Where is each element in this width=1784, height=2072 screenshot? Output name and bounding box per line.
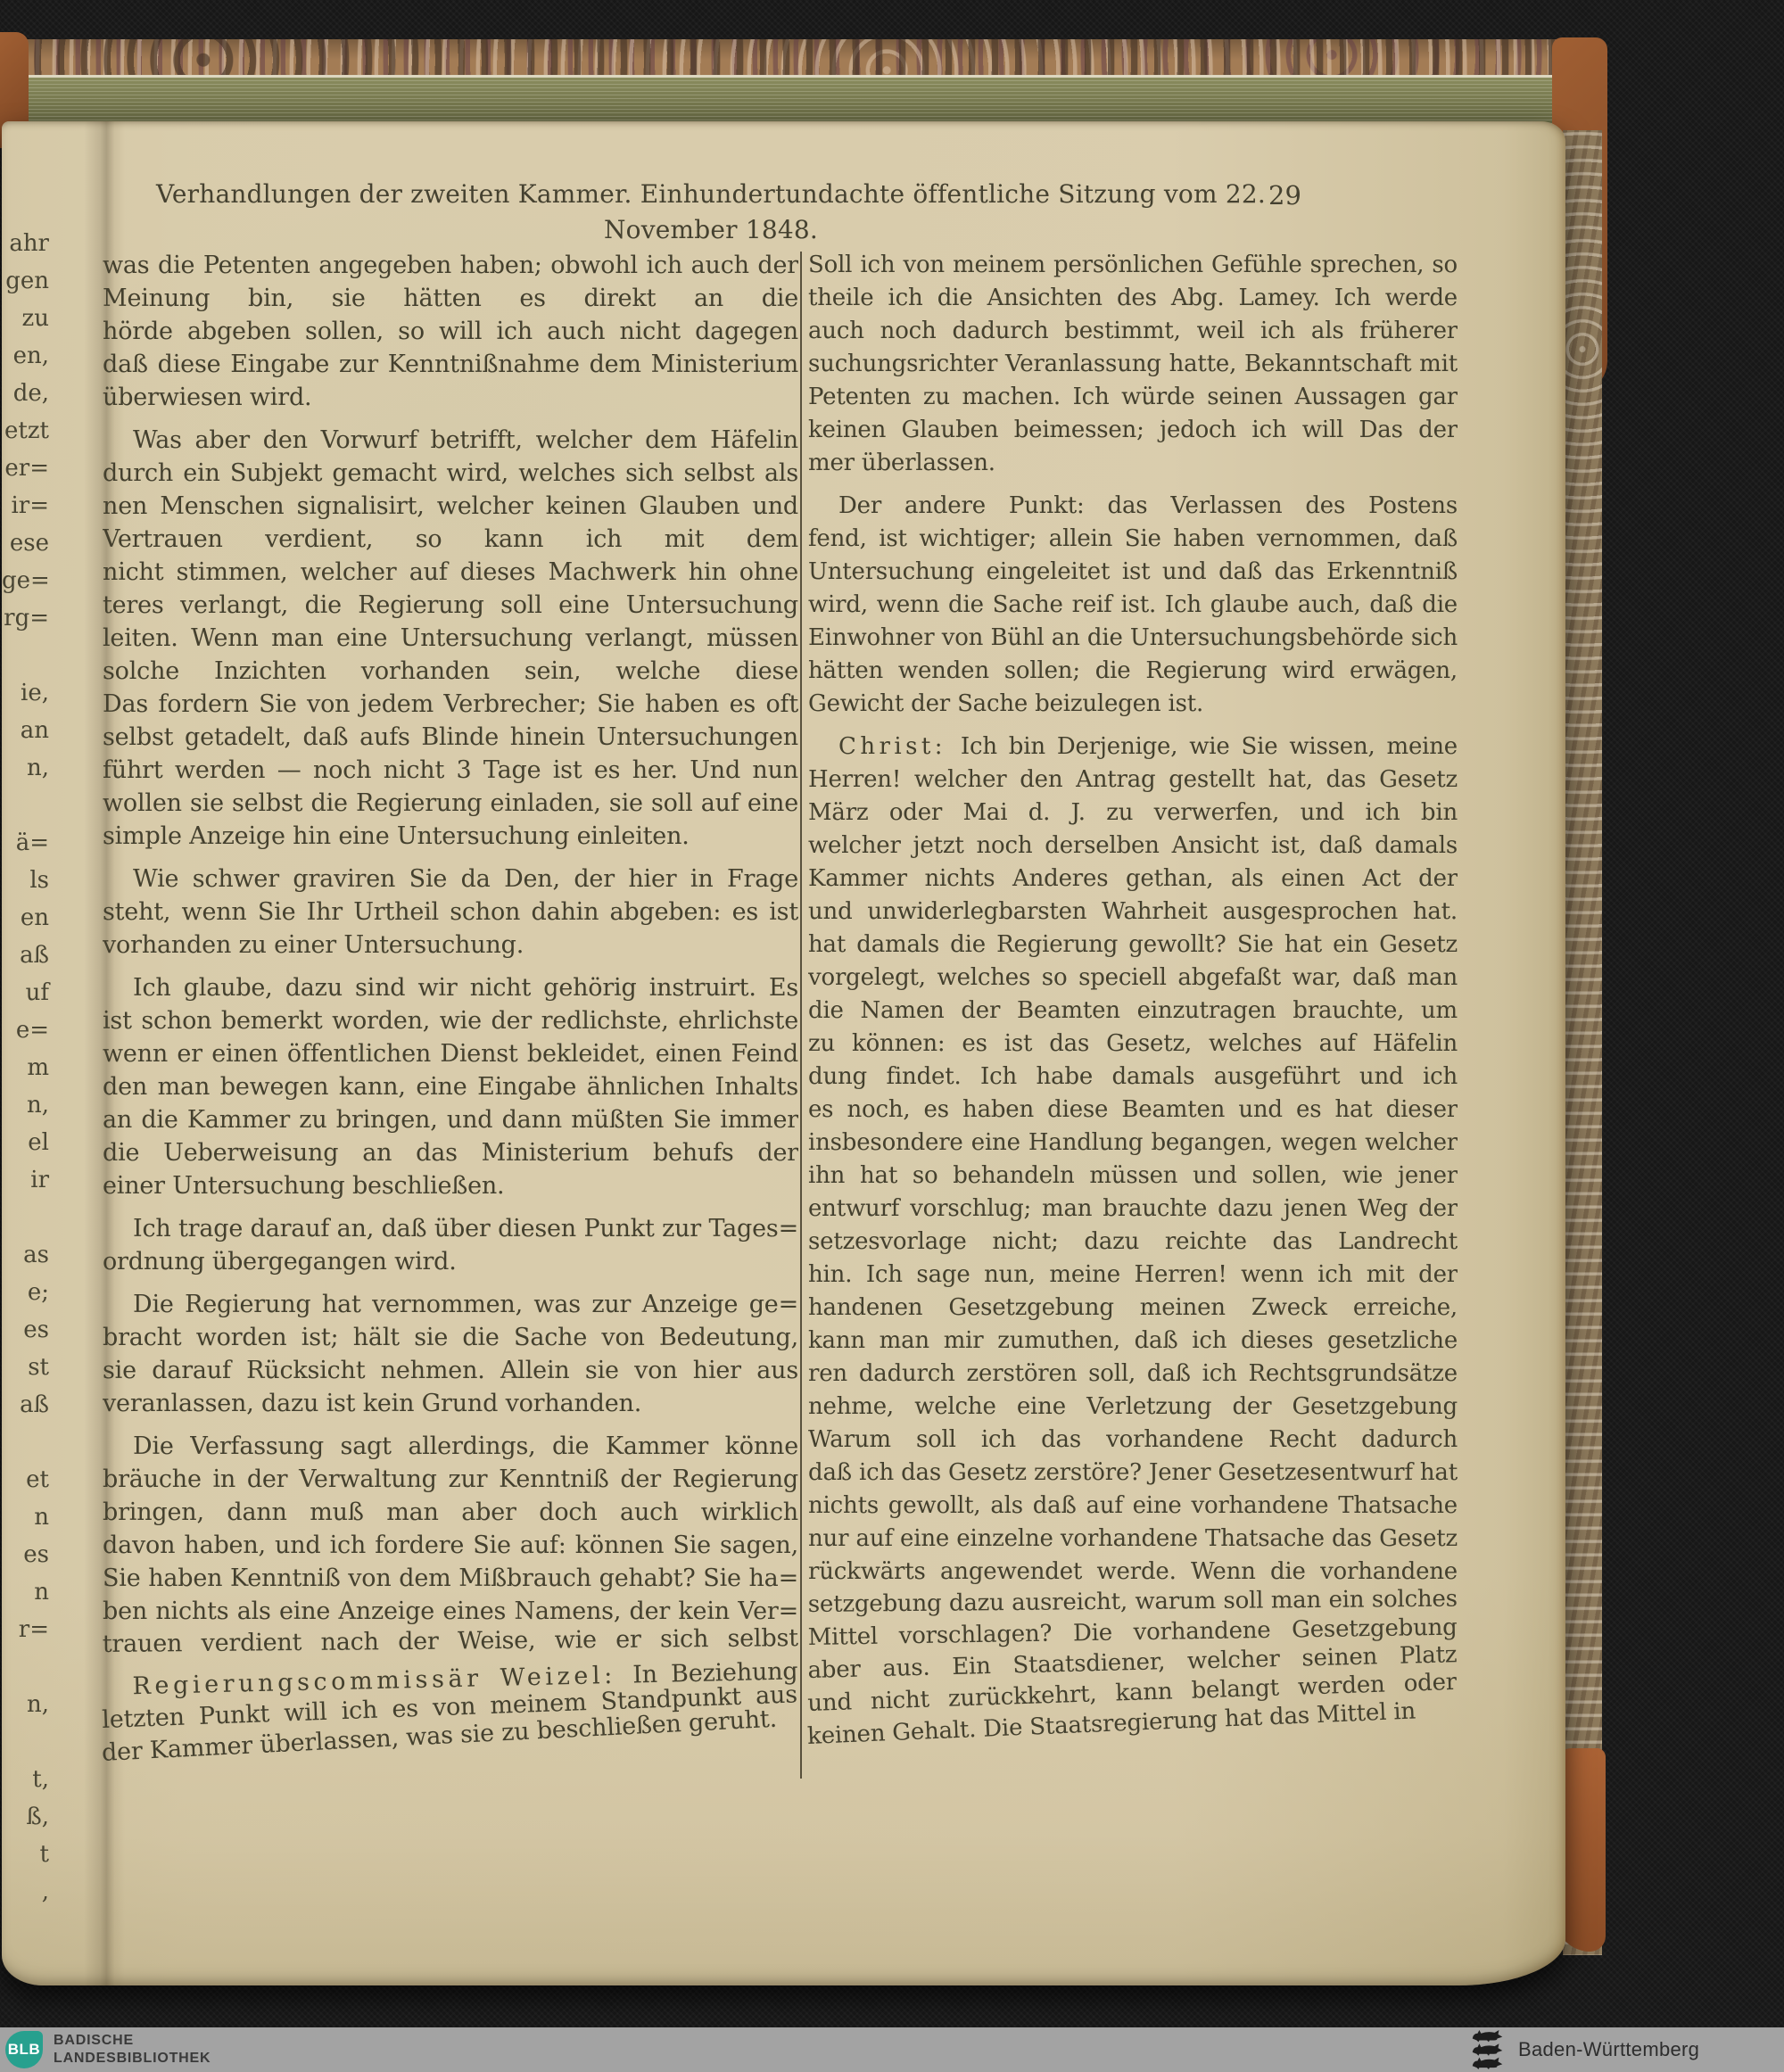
text-line: ist schon bemerkt worden, wie der redlic… xyxy=(103,1004,798,1037)
text-line: überwiesen wird. xyxy=(103,381,798,414)
facing-page-fragment: st xyxy=(2,1349,54,1386)
blb-logo-icon: BLB xyxy=(5,2031,43,2068)
text-line: Christ: Ich bin Derjenige, wie Sie wisse… xyxy=(808,731,1458,764)
text-line: ordnung übergegangen wird. xyxy=(103,1245,798,1278)
facing-page-fragment: ä= xyxy=(2,824,54,862)
text-line: keinen Glauben beimessen; jedoch ich wil… xyxy=(808,414,1458,447)
text-line: führt werden — noch nicht 3 Tage ist es … xyxy=(103,754,798,787)
text-line: an die Kammer zu bringen, und dann müßte… xyxy=(103,1103,798,1136)
text-line: davon haben, und ich fordere Sie auf: kö… xyxy=(103,1529,798,1562)
text-line: die Ueberweisung an das Ministerium behu… xyxy=(103,1136,798,1169)
text-line: Die Verfassung sagt allerdings, die Kamm… xyxy=(103,1430,798,1463)
text-line: einer Untersuchung beschließen. xyxy=(103,1169,798,1202)
text-line: Petenten zu machen. Ich würde seinen Aus… xyxy=(808,381,1458,414)
text-line: nicht stimmen, welcher auf dieses Machwe… xyxy=(103,556,798,589)
facing-page-fragment: an xyxy=(2,712,54,749)
facing-page-fragment: zu xyxy=(2,300,54,337)
facing-page-fragment: ge= xyxy=(2,562,54,599)
text-line: vorgelegt, welches so speciell abgefaßt … xyxy=(808,962,1458,995)
text-line: bräuche in der Verwaltung zur Kenntniß d… xyxy=(103,1463,798,1496)
text-column-right: Soll ich von meinem persönlichen Gefühle… xyxy=(808,249,1458,1763)
facing-page-fragment: n, xyxy=(2,1686,54,1723)
facing-page-fragment: ls xyxy=(2,862,54,899)
facing-page-fragment: e= xyxy=(2,1011,54,1049)
text-line: zu können: es ist das Gesetz, welches au… xyxy=(808,1028,1458,1061)
text-line: trauen verdient nach der Weise, wie er s… xyxy=(103,1622,798,1661)
facing-page-fragment: en, xyxy=(2,337,54,375)
text-line: dung findet. Ich habe damals ausgeführt … xyxy=(808,1061,1458,1094)
text-line: hörde abgeben sollen, so will ich auch n… xyxy=(103,315,798,348)
facing-page-fragment: aß xyxy=(2,937,54,974)
paragraph: Ich glaube, dazu sind wir nicht gehörig … xyxy=(103,971,798,1202)
facing-page-fragment xyxy=(2,1424,54,1461)
text-line: ren dadurch zerstören soll, daß ich Rech… xyxy=(808,1358,1458,1391)
text-line: veranlassen, dazu ist kein Grund vorhand… xyxy=(103,1387,798,1420)
library-name-line1: BADISCHE xyxy=(54,2032,211,2050)
text-line: und unwiderlegbarsten Wahrheit ausgespro… xyxy=(808,896,1458,929)
text-line: bringen, dann muß man aber doch auch wir… xyxy=(103,1496,798,1529)
facing-page-text-fragments: ahrgenzuen,de,etzter=ir=esege=rg=ie,ann,… xyxy=(2,225,54,1911)
text-line: suchungsrichter Veranlassung hatte, Beka… xyxy=(808,348,1458,381)
facing-page-fragment: as xyxy=(2,1236,54,1274)
facing-page-fragment: e; xyxy=(2,1274,54,1311)
text-line: Untersuchung eingeleitet ist und daß das… xyxy=(808,556,1458,589)
column-divider-rule xyxy=(800,252,802,1779)
text-line: Das fordern Sie von jedem Verbrecher; Si… xyxy=(103,688,798,721)
text-column-left: was die Petenten angegeben haben; obwohl… xyxy=(103,249,798,1779)
library-name: BADISCHE LANDESBIBLIOTHEK xyxy=(54,2032,211,2068)
paragraph: was die Petenten angegeben haben; obwohl… xyxy=(103,249,798,414)
text-line: hätten wenden sollen; die Regierung wird… xyxy=(808,655,1458,688)
text-line: setzesvorlage nicht; dazu reichte das La… xyxy=(808,1226,1458,1259)
footer-bar: BLB BADISCHE LANDESBIBLIOTHEK Baden-Würt… xyxy=(0,2027,1784,2072)
facing-page-fragment: es xyxy=(2,1536,54,1573)
facing-page-fragment: ß, xyxy=(2,1798,54,1836)
text-line: Der andere Punkt: das Verlassen des Post… xyxy=(808,490,1458,523)
text-line: vorhanden zu einer Untersuchung. xyxy=(103,929,798,962)
text-line: steht, wenn Sie Ihr Urtheil schon dahin … xyxy=(103,896,798,929)
text-line: fend, ist wichtiger; allein Sie haben ve… xyxy=(808,523,1458,556)
facing-page-fragment: t, xyxy=(2,1761,54,1798)
text-line: selbst getadelt, daß aufs Blinde hinein … xyxy=(103,721,798,754)
facing-page-fragment: n xyxy=(2,1498,54,1536)
paragraph: Ich trage darauf an, daß über diesen Pun… xyxy=(103,1212,798,1278)
facing-page-fragment: de, xyxy=(2,375,54,412)
text-line: solche Inzichten vorhanden sein, welche … xyxy=(103,655,798,688)
facing-page-fragment: , xyxy=(2,1873,54,1911)
facing-page-fragment xyxy=(2,1723,54,1761)
text-line: hat damals die Regierung gewollt? Sie ha… xyxy=(808,929,1458,962)
facing-page-fragment: t xyxy=(2,1836,54,1873)
text-line: Warum soll ich das vorhandene Recht dadu… xyxy=(808,1424,1458,1457)
running-head: Verhandlungen der zweiten Kammer. Einhun… xyxy=(136,177,1286,212)
facing-page-fragment: en xyxy=(2,899,54,937)
text-line: Gewicht der Sache beizulegen ist. xyxy=(808,688,1458,721)
text-line: Wie schwer graviren Sie da Den, der hier… xyxy=(103,863,798,896)
text-line: bracht worden ist; hält sie die Sache vo… xyxy=(103,1321,798,1354)
text-line: Meinung bin, sie hätten es direkt an die… xyxy=(103,282,798,315)
facing-page-fragment: aß xyxy=(2,1386,54,1424)
speaker-name: Christ: xyxy=(838,733,946,760)
text-line: welcher jetzt noch derselben Ansicht ist… xyxy=(808,830,1458,863)
book-page: ahrgenzuen,de,etzter=ir=esege=rg=ie,ann,… xyxy=(2,121,1565,1985)
text-line: entwurf vorschlug; man brauchte dazu jen… xyxy=(808,1193,1458,1226)
paragraph: Regierungscommissär Weizel: In Beziehung… xyxy=(103,1671,798,1770)
facing-page-fragment xyxy=(2,637,54,674)
facing-page-fragment: n, xyxy=(2,749,54,787)
text-line: nen Menschen signalisirt, welcher keinen… xyxy=(103,490,798,523)
text-line: Herren! welcher den Antrag gestellt hat,… xyxy=(808,764,1458,797)
text-line: teres verlangt, die Regierung soll eine … xyxy=(103,589,798,622)
text-line: nehme, welche eine Verletzung der Gesetz… xyxy=(808,1391,1458,1424)
text-line: Ich glaube, dazu sind wir nicht gehörig … xyxy=(103,971,798,1004)
facing-page-fragment xyxy=(2,787,54,824)
paragraph: Der andere Punkt: das Verlassen des Post… xyxy=(808,490,1458,721)
text-line: wird, wenn die Sache reif ist. Ich glaub… xyxy=(808,589,1458,622)
text-line: hin. Ich sage nun, meine Herren! wenn ic… xyxy=(808,1259,1458,1292)
facing-page-fragment: er= xyxy=(2,450,54,487)
text-line: Kammer nichts Anderes gethan, als einen … xyxy=(808,863,1458,896)
facing-page-fragment: n, xyxy=(2,1086,54,1124)
text-line: Die Regierung hat vernommen, was zur Anz… xyxy=(103,1288,798,1321)
state-branding: Baden-Württemberg xyxy=(1470,2027,1699,2072)
three-lions-coat-of-arms-icon xyxy=(1470,2029,1506,2070)
facing-page-fragment: ir= xyxy=(2,487,54,524)
library-name-line2: LANDESBIBLIOTHEK xyxy=(54,2050,211,2068)
facing-page-fragment: ie, xyxy=(2,674,54,712)
facing-page-fragment: es xyxy=(2,1311,54,1349)
facing-page-fragment: rg= xyxy=(2,599,54,637)
text-line: was die Petenten angegeben haben; obwohl… xyxy=(103,249,798,282)
facing-page-fragment: ese xyxy=(2,524,54,562)
facing-page-fragment: ahr xyxy=(2,225,54,262)
facing-page-fragment: n xyxy=(2,1573,54,1611)
facing-page-fragment: r= xyxy=(2,1611,54,1648)
paragraph: Christ: Ich bin Derjenige, wie Sie wisse… xyxy=(808,731,1458,1754)
text-line: insbesondere eine Handlung begangen, weg… xyxy=(808,1127,1458,1160)
text-line: die Namen der Beamten einzutragen brauch… xyxy=(808,995,1458,1028)
text-line: daß diese Eingabe zur Kenntnißnahme dem … xyxy=(103,348,798,381)
paragraph: Soll ich von meinem persönlichen Gefühle… xyxy=(808,249,1458,480)
text-line: sie darauf Rücksicht nehmen. Allein sie … xyxy=(103,1354,798,1387)
paragraph: Die Regierung hat vernommen, was zur Anz… xyxy=(103,1288,798,1420)
text-line: März oder Mai d. J. zu verwerfen, und ic… xyxy=(808,797,1458,830)
text-line: den man bewegen kann, eine Eingabe ähnli… xyxy=(103,1070,798,1103)
facing-page-fragment xyxy=(2,1199,54,1236)
facing-page-fragment xyxy=(2,1648,54,1686)
text-line: ihn hat so behandeln müssen und sollen, … xyxy=(808,1160,1458,1193)
text-line: auch noch dadurch bestimmt, weil ich als… xyxy=(808,315,1458,348)
facing-page-fragment: ir xyxy=(2,1161,54,1199)
facing-page-fragment: etzt xyxy=(2,412,54,450)
text-line: Einwohner von Bühl an die Untersuchungsb… xyxy=(808,622,1458,655)
facing-page-fragment: gen xyxy=(2,262,54,300)
text-line: mer überlassen. xyxy=(808,447,1458,480)
facing-page-fragment: uf xyxy=(2,974,54,1011)
text-line: Ich trage darauf an, daß über diesen Pun… xyxy=(103,1212,798,1245)
text-line: Vertrauen verdient, so kann ich mit dem … xyxy=(103,523,798,556)
text-line: durch ein Subjekt gemacht wird, welches … xyxy=(103,457,798,490)
marbled-cover-right-edge xyxy=(1563,130,1602,1955)
facing-page-fragment: et xyxy=(2,1461,54,1498)
text-line: leiten. Wenn man eine Untersuchung verla… xyxy=(103,622,798,655)
text-line: simple Anzeige hin eine Untersuchung ein… xyxy=(103,820,798,853)
text-line: theile ich die Ansichten des Abg. Lamey.… xyxy=(808,282,1458,315)
text-line: es noch, es haben diese Beamten und es h… xyxy=(808,1094,1458,1127)
text-line: handenen Gesetzgebung meinen Zweck errei… xyxy=(808,1292,1458,1325)
text-line: wollen sie selbst die Regierung einladen… xyxy=(103,787,798,820)
text-line: nur auf eine einzelne vorhandene Thatsac… xyxy=(808,1523,1458,1556)
text-line: daß ich das Gesetz zerstöre? Jener Geset… xyxy=(808,1457,1458,1490)
text-line: Sie haben Kenntniß von dem Mißbrauch geh… xyxy=(103,1562,798,1595)
paragraph: Die Verfassung sagt allerdings, die Kamm… xyxy=(103,1430,798,1661)
text-line: Soll ich von meinem persönlichen Gefühle… xyxy=(808,249,1458,282)
paragraph: Was aber den Vorwurf betrifft, welcher d… xyxy=(103,424,798,853)
text-line: Was aber den Vorwurf betrifft, welcher d… xyxy=(103,424,798,457)
facing-page-fragment: el xyxy=(2,1124,54,1161)
page-number: 29 xyxy=(1268,180,1301,211)
text-line: kann man mir zumuthen, daß ich dieses ge… xyxy=(808,1325,1458,1358)
facing-page-fragment: m xyxy=(2,1049,54,1086)
text-line: nichts gewollt, als daß auf eine vorhand… xyxy=(808,1490,1458,1523)
text-line: wenn er einen öffentlichen Dienst beklei… xyxy=(103,1037,798,1070)
state-name: Baden-Württemberg xyxy=(1518,2038,1699,2061)
paragraph: Wie schwer graviren Sie da Den, der hier… xyxy=(103,863,798,962)
scanned-book-view: ahrgenzuen,de,etzter=ir=esege=rg=ie,ann,… xyxy=(0,0,1784,2072)
